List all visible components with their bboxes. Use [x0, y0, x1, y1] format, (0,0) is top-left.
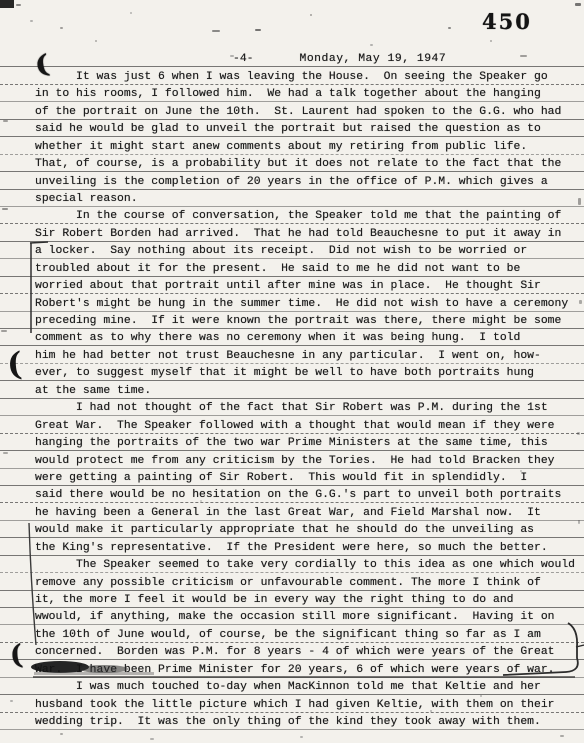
- typed-line-text: unveiling is the completion of 20 years …: [35, 176, 548, 189]
- typed-line-text: Sir Robert Borden had arrived. That he h…: [35, 228, 561, 241]
- typed-line: hanging the portraits of the two war Pri…: [0, 434, 584, 451]
- typed-line: wedding trip. It was the only thing of t…: [0, 713, 584, 730]
- scan-speck: [578, 520, 580, 524]
- typed-line-text: troubled about it for the present. He sa…: [35, 263, 520, 276]
- typed-line-text: wwould, if anything, make the occasion s…: [35, 611, 555, 624]
- typed-line-text: would protect me from any criticism by t…: [35, 455, 555, 468]
- scan-speck: [3, 120, 8, 122]
- typed-line: concerned. Borden was P.M. for 8 years -…: [0, 643, 584, 660]
- scan-speck: [578, 198, 581, 205]
- typed-line: in to his rooms, I followed him. We had …: [0, 85, 584, 102]
- typed-line: ever, to suggest myself that it might be…: [0, 364, 584, 381]
- typed-line-text: said he would be glad to unveil the port…: [35, 123, 541, 136]
- scan-speck: [30, 20, 33, 22]
- typed-line: It was just 6 when I was leaving the Hou…: [0, 67, 584, 84]
- scan-speck: [200, 500, 202, 502]
- scan-speck: [370, 44, 373, 46]
- typed-line: wwould, if anything, make the occasion s…: [0, 608, 584, 625]
- typed-line: remove any possible criticism or unfavou…: [0, 573, 584, 590]
- scan-speck: [230, 55, 234, 57]
- typed-line-text: In the course of conversation, the Speak…: [35, 210, 561, 223]
- typed-line: husband took the little picture which I …: [0, 695, 584, 712]
- typed-line: would make it particularly appropriate t…: [0, 521, 584, 538]
- typed-line: at the same time.: [0, 381, 584, 398]
- typed-line: unveiling is the completion of 20 years …: [0, 172, 584, 189]
- typed-line-text: said there would be no hesitation on the…: [35, 489, 561, 502]
- scan-speck: [448, 27, 451, 29]
- typed-line-text: it, the more I feel it would be in every…: [35, 594, 514, 607]
- typed-line: the King's representative. If the Presid…: [0, 538, 584, 555]
- typed-line-text: in to his rooms, I followed him. We had …: [35, 88, 541, 101]
- scan-speck: [3, 452, 8, 454]
- typed-line: comment as to why there was no ceremony …: [0, 329, 584, 346]
- scan-speck: [10, 700, 13, 702]
- typed-line-text: Great War. The Speaker followed with a t…: [35, 420, 555, 433]
- scan-speck: [212, 30, 220, 32]
- typed-line-text: the King's representative. If the Presid…: [35, 542, 548, 555]
- scan-speck: [130, 12, 132, 14]
- typed-line-text: whether it might start anew comments abo…: [35, 141, 527, 154]
- scan-corner-blotch: [0, 0, 14, 8]
- typed-line-text: would make it particularly appropriate t…: [35, 524, 534, 537]
- header-row: -4- Monday, May 19, 1947: [0, 50, 584, 67]
- typed-line: Sir Robert Borden had arrived. That he h…: [0, 224, 584, 241]
- scan-speck: [480, 695, 482, 697]
- page-number: 450: [482, 9, 532, 34]
- typed-line-text: It was just 6 when I was leaving the Hou…: [35, 71, 548, 84]
- scan-speck: [430, 710, 432, 712]
- typed-line-text: concerned. Borden was P.M. for 8 years -…: [35, 646, 555, 659]
- scan-speck: [300, 736, 303, 738]
- typed-line: I had not thought of the fact that Sir R…: [0, 399, 584, 416]
- typed-line-text: the 10th of June would, of course, be th…: [35, 629, 541, 642]
- scan-speck: [255, 29, 261, 31]
- scan-speck: [575, 3, 581, 6]
- typed-line-text: wedding trip. It was the only thing of t…: [35, 716, 541, 729]
- typed-line-text: I had not thought of the fact that Sir R…: [35, 402, 548, 415]
- scan-speck: [2, 208, 8, 210]
- scan-speck: [490, 40, 492, 42]
- typed-line-text: I was much touched to-day when MacKinnon…: [35, 681, 541, 694]
- typed-line: of the portrait on June the 10th. St. La…: [0, 102, 584, 119]
- typed-line-text: That, of course, is a probability but it…: [35, 158, 561, 171]
- typed-line: That, of course, is a probability but it…: [0, 155, 584, 172]
- typed-line: whether it might start anew comments abo…: [0, 137, 584, 154]
- typed-line: worried about that portrait until after …: [0, 277, 584, 294]
- typed-line: troubled about it for the present. He sa…: [0, 259, 584, 276]
- scan-speck: [579, 300, 582, 304]
- typed-line-text: War. I have been Prime Minister for 20 y…: [35, 664, 555, 677]
- scan-speck: [577, 432, 580, 435]
- scan-speck: [310, 14, 312, 16]
- typed-line-text: a locker. Say nothing about its receipt.…: [35, 245, 527, 258]
- typed-line-text: were getting a painting of Sir Robert. T…: [35, 472, 527, 485]
- typed-line-text: comment as to why there was no ceremony …: [35, 332, 520, 345]
- scan-speck: [60, 733, 63, 735]
- typed-line: said there would be no hesitation on the…: [0, 486, 584, 503]
- typed-line: Robert's might be hung in the summer tim…: [0, 294, 584, 311]
- typed-line: I was much touched to-day when MacKinnon…: [0, 678, 584, 695]
- header-date: Monday, May 19, 1947: [300, 53, 447, 66]
- typed-line: special reason.: [0, 190, 584, 207]
- typed-line-text: worried about that portrait until after …: [35, 280, 541, 293]
- typed-line: In the course of conversation, the Speak…: [0, 207, 584, 224]
- typed-line-text: ever, to suggest myself that it might be…: [35, 367, 534, 380]
- header-page-label: -4-: [233, 53, 254, 66]
- typed-line: War. I have been Prime Minister for 20 y…: [0, 660, 584, 677]
- typed-line-text: special reason.: [35, 193, 138, 206]
- typed-line-text: of the portrait on June the 10th. St. La…: [35, 106, 561, 119]
- typed-line: he having been a General in the last Gre…: [0, 503, 584, 520]
- typed-line: preceding mine. If it were known the por…: [0, 312, 584, 329]
- typed-line-text: hanging the portraits of the two war Pri…: [35, 437, 548, 450]
- typed-line: were getting a painting of Sir Robert. T…: [0, 469, 584, 486]
- typed-line: it, the more I feel it would be in every…: [0, 591, 584, 608]
- typed-line-text: he having been a General in the last Gre…: [35, 507, 541, 520]
- scan-speck: [340, 300, 342, 302]
- typed-line-text: remove any possible criticism or unfavou…: [35, 577, 541, 590]
- typed-line-text: preceding mine. If it were known the por…: [35, 315, 561, 328]
- scanned-diary-page: 450 -4- Monday, May 19, 1947 It was just…: [0, 0, 584, 743]
- typed-text-body: -4- Monday, May 19, 1947 It was just 6 w…: [0, 50, 584, 730]
- scan-speck: [95, 40, 97, 42]
- typed-line-text: husband took the little picture which I …: [35, 699, 555, 712]
- typed-line: a locker. Say nothing about its receipt.…: [0, 242, 584, 259]
- typed-line-text: him he had better not trust Beauchesne i…: [35, 350, 541, 363]
- scan-speck: [1, 330, 7, 332]
- typed-line: would protect me from any criticism by t…: [0, 451, 584, 468]
- scan-speck: [60, 27, 63, 29]
- typed-line-text: at the same time.: [35, 385, 151, 398]
- scan-speck: [520, 55, 527, 57]
- typed-line: Great War. The Speaker followed with a t…: [0, 416, 584, 433]
- typed-line: him he had better not trust Beauchesne i…: [0, 346, 584, 363]
- scan-speck: [520, 470, 522, 472]
- typed-line: The Speaker seemed to take very cordiall…: [0, 556, 584, 573]
- typed-line-text: The Speaker seemed to take very cordiall…: [35, 559, 575, 572]
- typed-line-text: Robert's might be hung in the summer tim…: [35, 298, 568, 311]
- typed-line: the 10th of June would, of course, be th…: [0, 625, 584, 642]
- typed-line: said he would be glad to unveil the port…: [0, 120, 584, 137]
- scan-speck: [150, 738, 154, 740]
- scan-speck: [16, 4, 21, 6]
- scan-speck: [560, 735, 564, 737]
